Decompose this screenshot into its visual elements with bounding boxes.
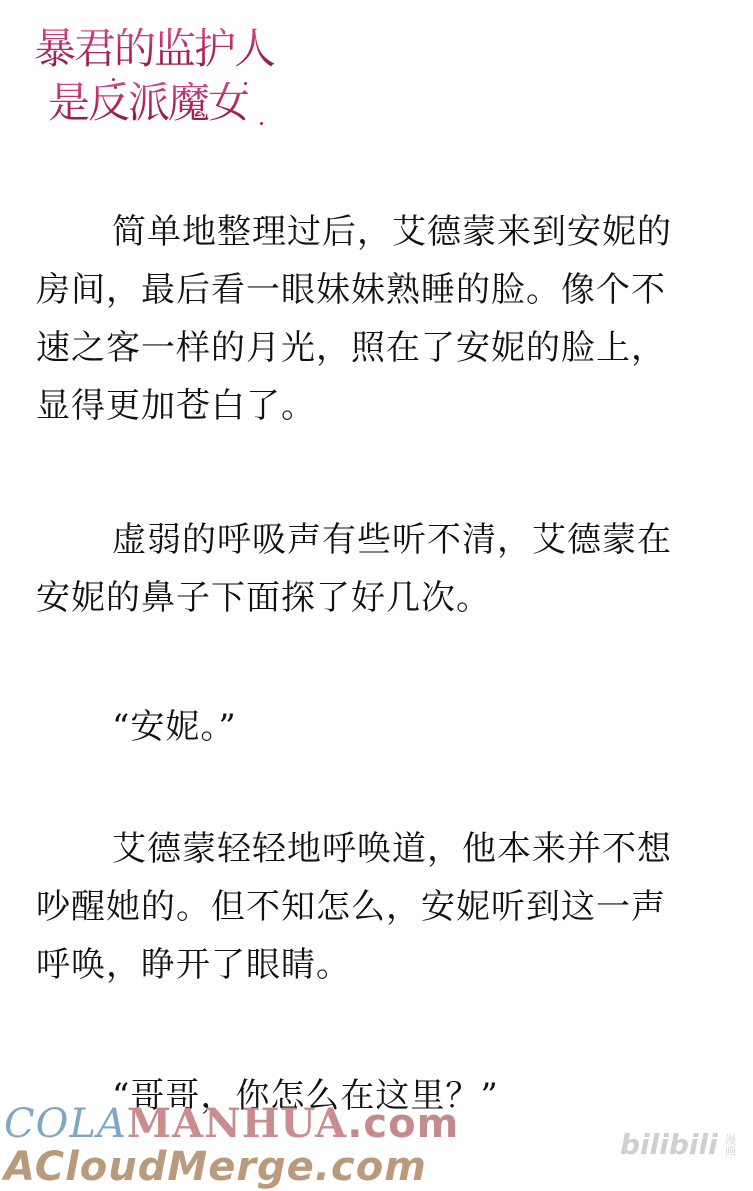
para2-line2: 安妮的鼻子下面探了好几次。 [36,569,726,627]
logo-line-1: 暴君的监护人 [34,28,274,70]
paragraph-2: 虚弱的呼吸声有些听不清，艾德蒙在 安妮的鼻子下面探了好几次。 [36,511,726,627]
paragraph-1: 简单地整理过后，艾德蒙来到安妮的 房间，最后看一眼妹妹熟睡的脸。像个不 速之客一… [36,203,726,435]
bilibili-comics-logo: bilibili 漫画 [620,1128,736,1161]
para4-line1: 艾德蒙轻轻地呼唤道，他本来并不想 [112,829,672,869]
para4-line2: 吵醒她的。但不知怎么，安妮听到这一声 [36,878,726,936]
para1-line4: 显得更加苍白了。 [36,377,726,435]
bilibili-wordmark: bilibili [620,1128,718,1161]
comic-title-logo: 暴君的监护人 是反派魔女 [34,26,264,136]
para1-line1: 简单地整理过后，艾德蒙来到安妮的 [112,212,672,252]
para4-line3: 呼唤，睁开了眼睛。 [36,936,726,994]
para2-line1: 虚弱的呼吸声有些听不清，艾德蒙在 [112,520,672,560]
watermark-manhua: MANHUA [127,1100,347,1147]
paragraph-4: 艾德蒙轻轻地呼唤道，他本来并不想 吵醒她的。但不知怎么，安妮听到这一声 呼唤，睁… [36,820,726,994]
logo-ornament [244,82,247,85]
para1-line2: 房间，最后看一眼妹妹熟睡的脸。像个不 [36,261,726,319]
watermark-com: .com [347,1101,459,1147]
para1-line3: 速之客一样的月光，照在了安妮的脸上， [36,319,726,377]
paragraph-3: “安妮。” [36,698,726,756]
logo-ornament [112,78,115,81]
logo-ornament [114,86,117,89]
para3-line1: “安妮。” [112,707,237,747]
logo-line-2: 是反派魔女 [48,82,248,124]
logo-ornament [260,122,263,125]
watermark-colamanhua: COLAMANHUA.com [4,1100,459,1147]
bilibili-comics-label: 漫画 [722,1134,736,1156]
watermark-cola: COLA [4,1101,127,1147]
watermark-acloudmerge: ACloudMerge.com [4,1144,427,1190]
